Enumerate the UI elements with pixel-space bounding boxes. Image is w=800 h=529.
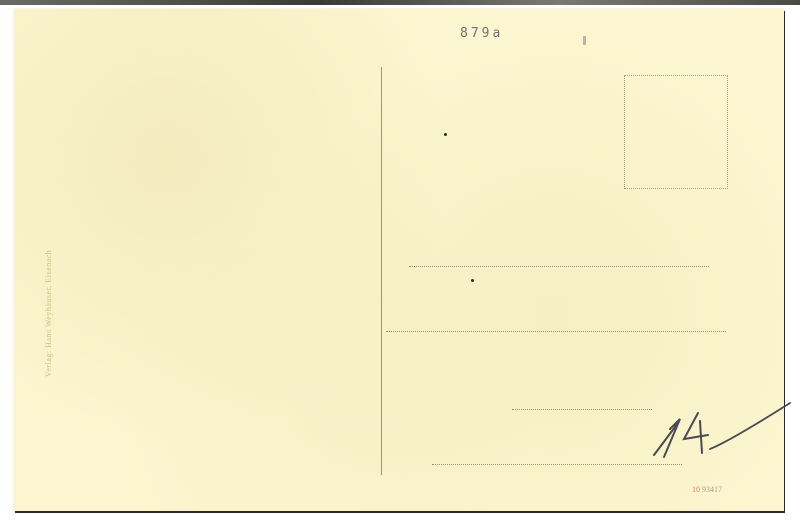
print-number-prefix: 10 (692, 485, 700, 494)
catalog-number: 879a (460, 26, 503, 41)
stamp-box (624, 75, 728, 189)
address-line-4 (432, 464, 682, 465)
print-number-value: 93417 (702, 485, 722, 494)
message-address-divider (381, 67, 382, 475)
address-line-2 (386, 331, 726, 332)
address-line-1 (409, 266, 709, 267)
ink-speck (471, 279, 474, 282)
print-number: 10 93417 (692, 485, 722, 494)
address-line-3 (512, 409, 652, 410)
ink-speck (444, 133, 447, 136)
publisher-imprint: Verlag: Hans Weyhäuser, Eisenach (44, 250, 53, 377)
handwritten-price-14 (650, 401, 795, 463)
pencil-mark (583, 36, 586, 45)
postcard-back: 879a Verlag: Hans Weyhäuser, Eisenach 10… (14, 9, 784, 511)
scan-edge-band (0, 0, 800, 5)
